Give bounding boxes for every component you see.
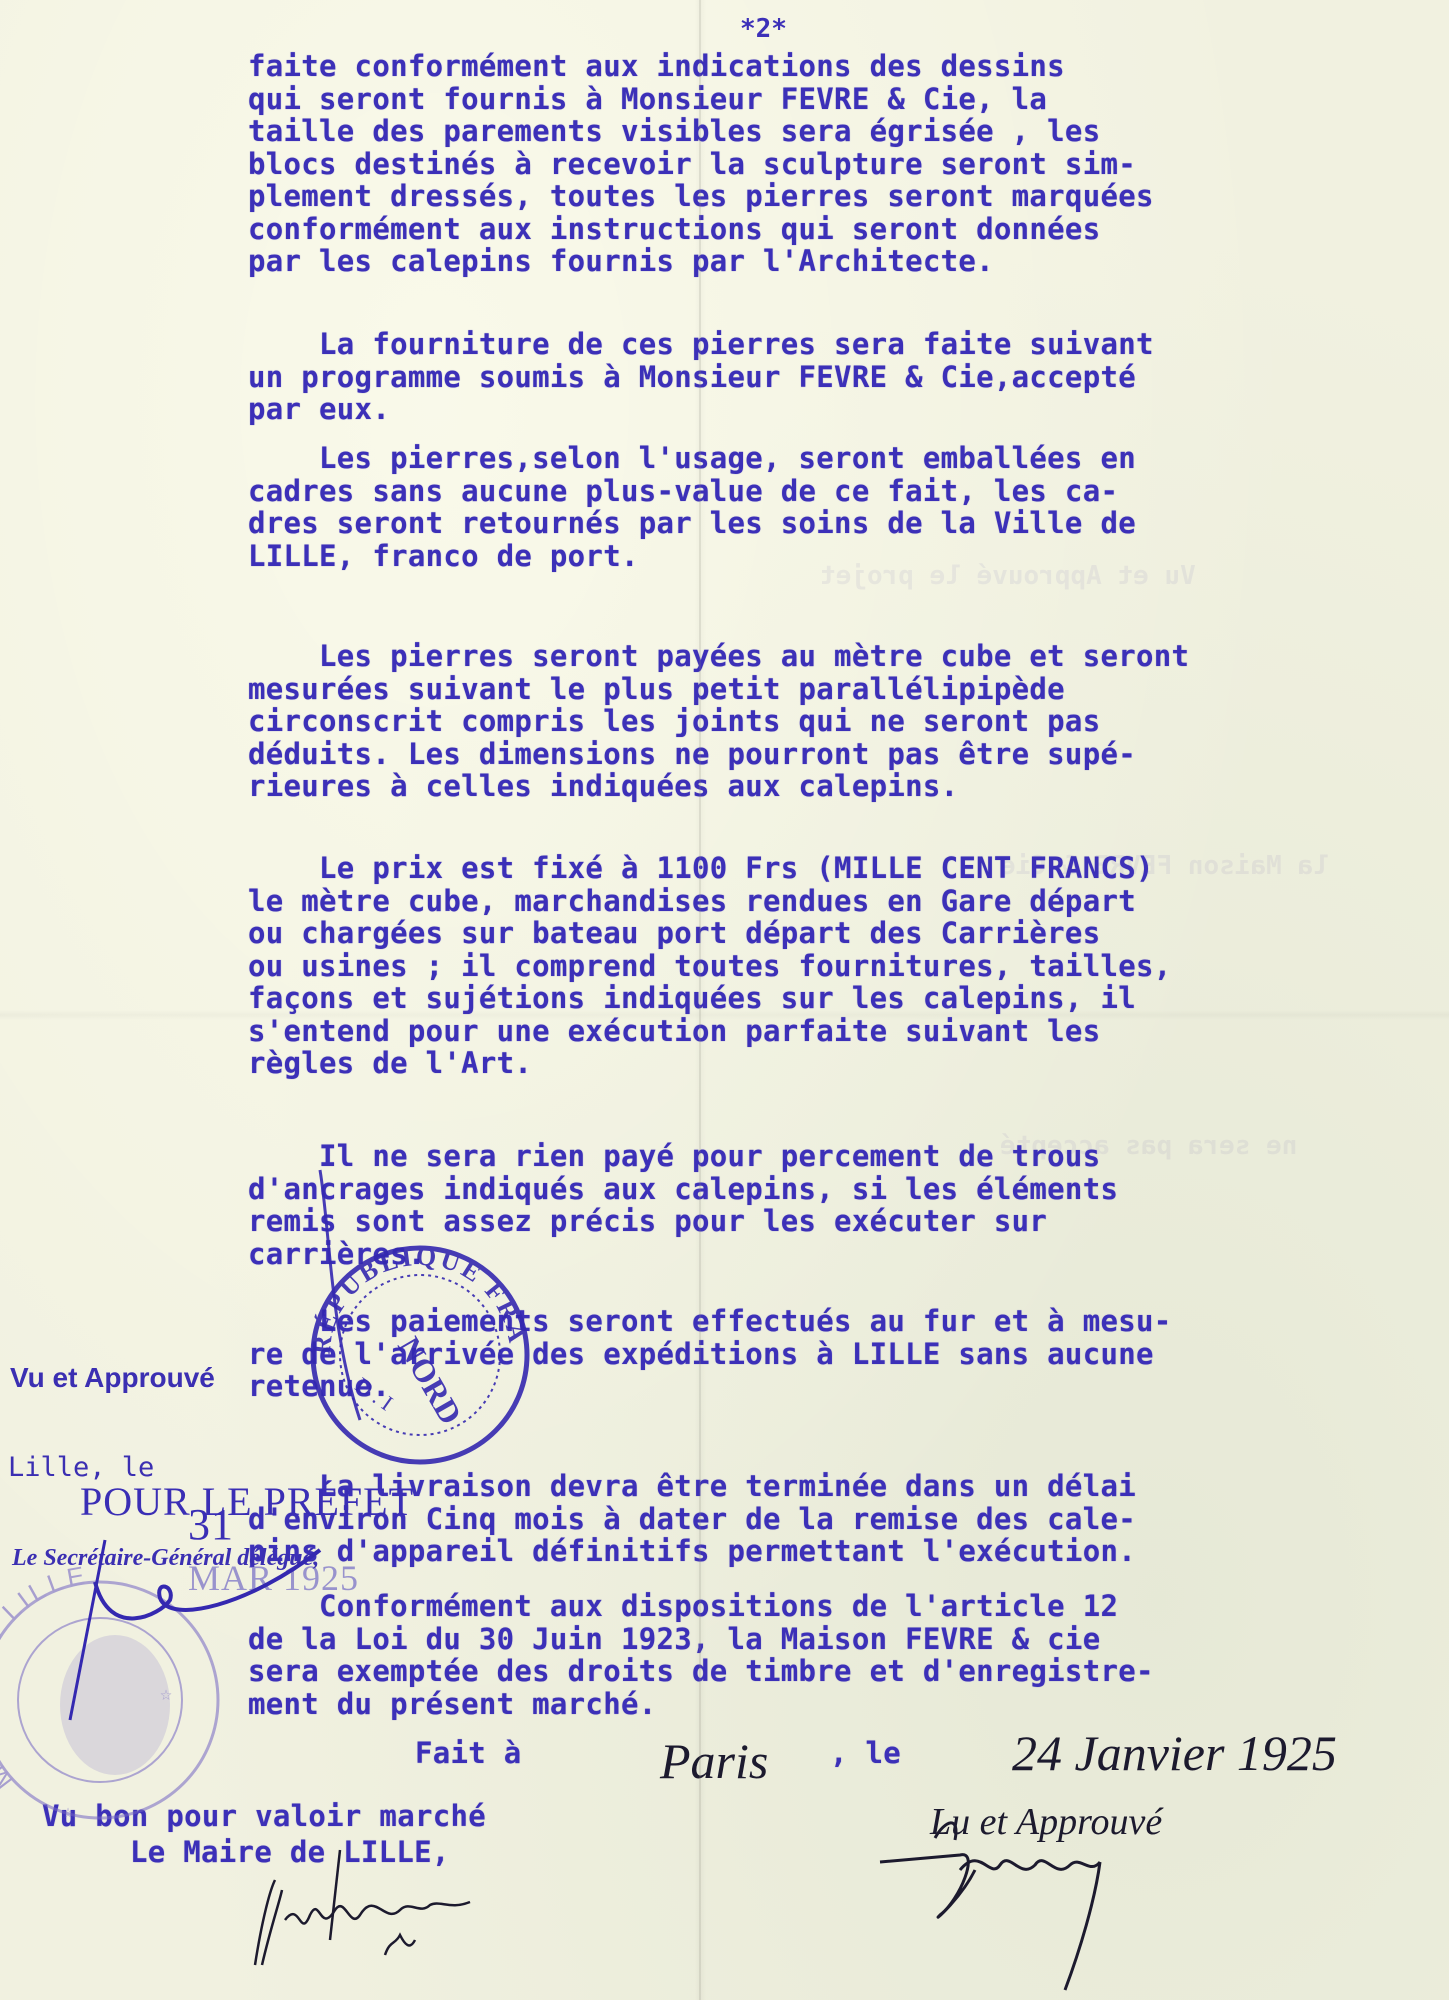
- mayor-signature: [255, 1850, 470, 1965]
- prefecture-stamp: RÉPUBLIQUE FRAN NORD D . I: [0, 0, 533, 1462]
- mairie-de-lille-stamp: MAIRIE de LILLE ☆ ☆: [0, 1560, 218, 1823]
- svg-text:☆: ☆: [160, 1681, 172, 1705]
- svg-text:RÉPUBLIQUE FRAN: RÉPUBLIQUE FRAN: [0, 0, 533, 1356]
- letter-page: Vu et Approuvé le projet la Maison FEVRE…: [0, 0, 1449, 2000]
- supplier-signature: [880, 1823, 1100, 1990]
- svg-text:NORD: NORD: [391, 1331, 469, 1431]
- stamps-and-signatures: RÉPUBLIQUE FRAN NORD D . I MAIRIE de LIL…: [0, 0, 1449, 2000]
- svg-text:☆: ☆: [62, 1799, 74, 1823]
